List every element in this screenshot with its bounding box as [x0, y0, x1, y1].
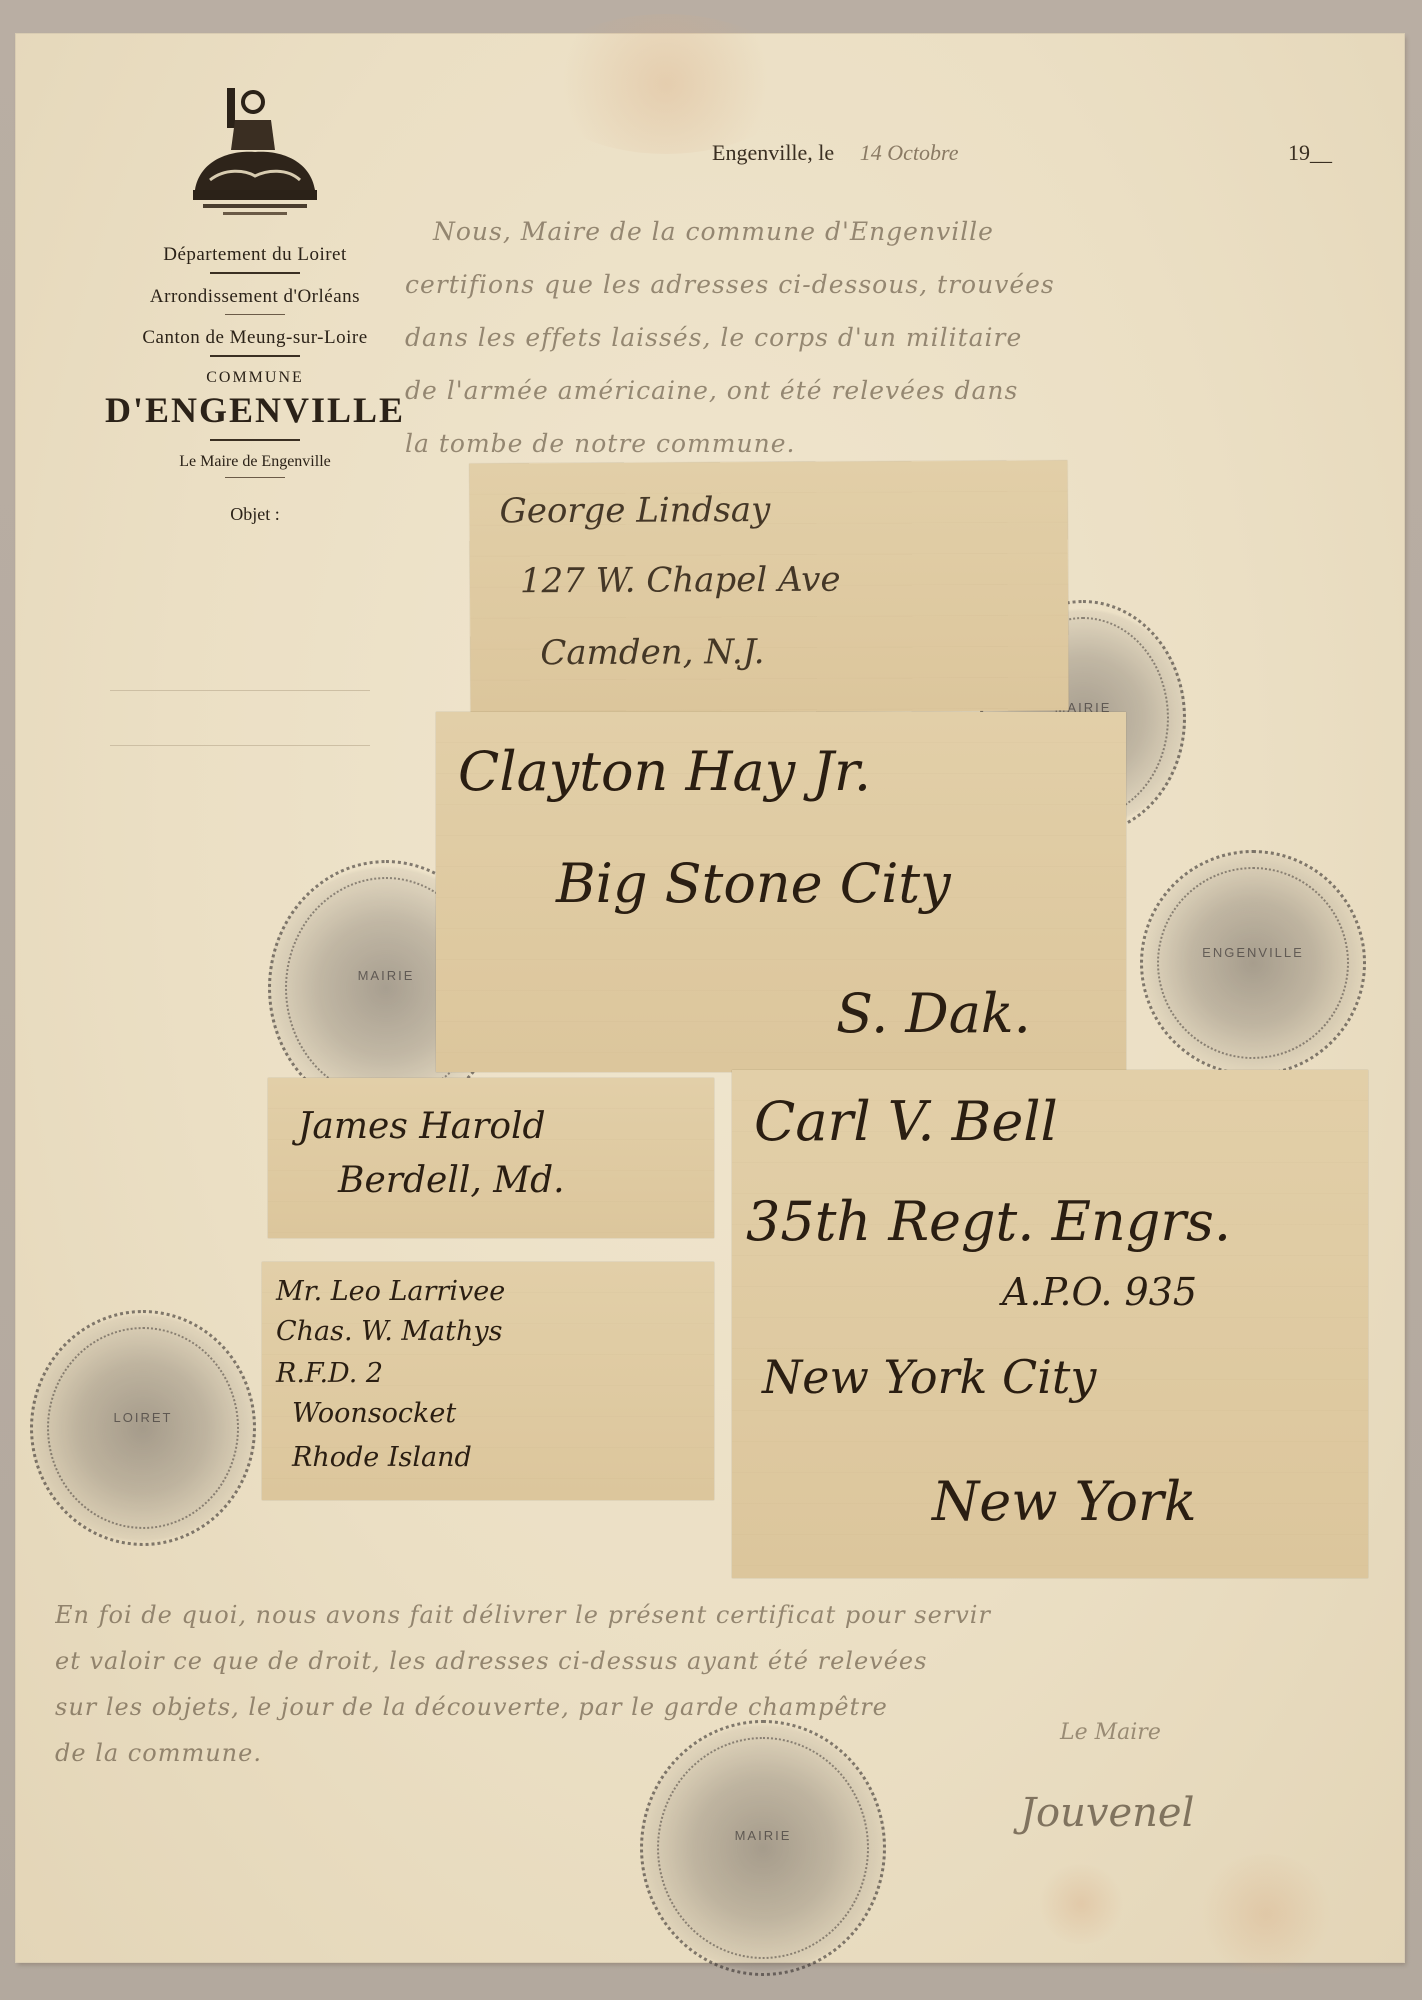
department-line: Département du Loiret [95, 244, 415, 266]
address-line: Chas. W. Mathys [276, 1316, 502, 1347]
address-label: Carl V. Bell 35th Regt. Engrs. A.P.O. 93… [732, 1070, 1368, 1578]
date-year: 19__ [1288, 140, 1332, 166]
intro-line: de l'armée américaine, ont été relevées … [405, 364, 1335, 417]
address-label: Clayton Hay Jr. Big Stone City S. Dak. [436, 712, 1126, 1072]
address-line: Clayton Hay Jr. [458, 740, 871, 803]
commune-name: D'ENGENVILLE [95, 389, 415, 431]
address-line: Woonsocket [292, 1398, 456, 1429]
letterhead: Département du Loiret Arrondissement d'O… [95, 80, 415, 525]
address-line: S. Dak. [836, 982, 1031, 1045]
commune-prefix: COMMUNE [95, 369, 415, 387]
certificate-closing: En foi de quoi, nous avons fait délivrer… [55, 1592, 1345, 1776]
signature-title: Le Maire [1060, 1720, 1161, 1745]
address-line: 35th Regt. Engrs. [746, 1190, 1231, 1253]
address-line: Mr. Leo Larrivee [276, 1276, 505, 1307]
mayor-signature: Jouvenel [1020, 1790, 1194, 1836]
address-line: Rhode Island [292, 1442, 472, 1473]
closing-line: et valoir ce que de droit, les adresses … [55, 1638, 1345, 1684]
canton-line: Canton de Meung-sur-Loire [95, 327, 415, 349]
mairie-stamp: ENGENVILLE [1140, 850, 1366, 1076]
address-line: George Lindsay [499, 490, 770, 531]
address-line: R.F.D. 2 [276, 1358, 383, 1389]
municipal-crest-icon [175, 80, 335, 230]
address-line: Camden, N.J. [540, 632, 764, 673]
object-label: Objet : [95, 504, 415, 525]
intro-line: Nous, Maire de la commune d'Engenville [405, 205, 1335, 258]
address-label: James Harold Berdell, Md. [268, 1078, 714, 1238]
address-line: James Harold [298, 1106, 546, 1147]
certificate-intro: Nous, Maire de la commune d'Engenville c… [405, 205, 1335, 470]
date-place: Engenville, le [712, 140, 834, 165]
arrondissement-line: Arrondissement d'Orléans [95, 286, 415, 308]
address-line: 127 W. Chapel Ave [520, 560, 841, 602]
mayor-line: Le Maire de Engenville [95, 453, 415, 471]
address-line: Carl V. Bell [754, 1090, 1058, 1153]
address-line: New York [932, 1470, 1197, 1533]
address-label: Mr. Leo Larrivee Chas. W. Mathys R.F.D. … [262, 1262, 714, 1500]
intro-line: certifions que les adresses ci-dessous, … [405, 258, 1335, 311]
address-line: Big Stone City [556, 852, 951, 915]
intro-line: dans les effets laissés, le corps d'un m… [405, 311, 1335, 364]
address-label: George Lindsay 127 W. Chapel Ave Camden,… [469, 460, 1068, 713]
date-day: 14 Octobre [860, 140, 959, 165]
address-line: A.P.O. 935 [1002, 1270, 1197, 1314]
address-line: New York City [762, 1350, 1096, 1404]
mairie-stamp: LOIRET [30, 1310, 256, 1546]
date-line: Engenville, le 14 Octobre 19__ [712, 140, 1332, 166]
address-line: Berdell, Md. [338, 1160, 565, 1201]
closing-line: En foi de quoi, nous avons fait délivrer… [55, 1592, 1345, 1638]
